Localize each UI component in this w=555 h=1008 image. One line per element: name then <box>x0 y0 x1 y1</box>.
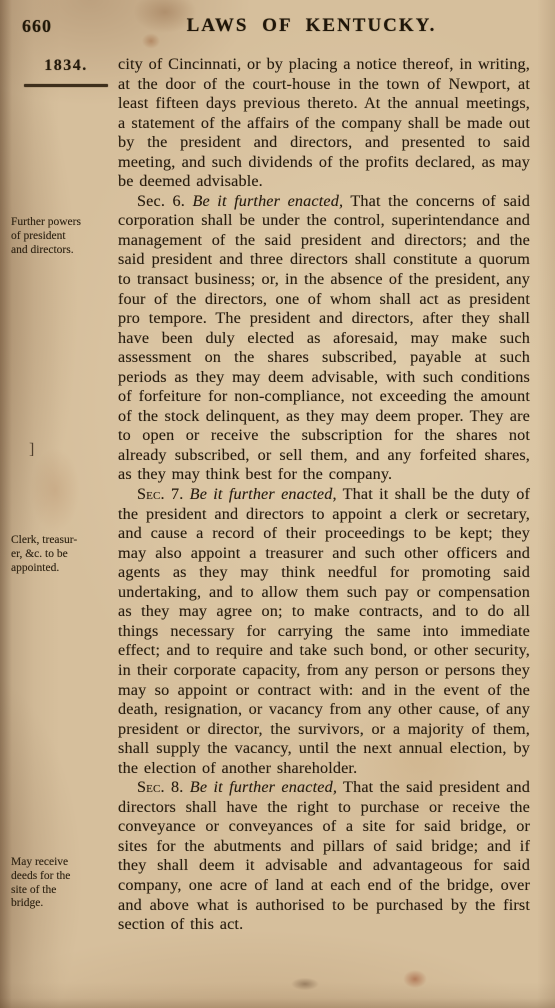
statute-text-run: That it shall be the duty of the preside… <box>118 485 530 777</box>
paper-stain <box>398 966 432 992</box>
book-page-scan: 660 LAWS OF KENTUCKY. 1834. Further powe… <box>0 0 555 1008</box>
statute-paragraph: Sec. 8. Be it further enacted, That the … <box>118 778 530 934</box>
paper-stain <box>138 30 164 52</box>
statute-paragraph: city of Cincinnati, or by placing a noti… <box>118 55 530 192</box>
running-title: LAWS OF KENTUCKY. <box>187 15 437 37</box>
stray-ink-mark: ] <box>29 441 34 459</box>
paper-stain <box>285 975 325 993</box>
enacting-clause-italic: Be it further enacted, <box>190 778 337 796</box>
enacting-clause-italic: Be it further enacted, <box>190 485 337 503</box>
statute-text-run: That the concerns of said corporation sh… <box>118 192 530 484</box>
statute-paragraph: Sec. 6. Be it further enacted, That the … <box>118 192 530 485</box>
statute-text-run: Sec. 8. <box>137 778 190 796</box>
page-number: 660 <box>22 16 52 37</box>
year-label: 1834. <box>24 57 108 75</box>
year-block: 1834. <box>24 57 108 87</box>
margin-note-clerk-treasurer: Clerk, treasur-er, &c. to beappointed. <box>11 534 115 575</box>
statute-body-text: city of Cincinnati, or by placing a noti… <box>118 55 530 935</box>
margin-note-deeds-for-site: May receivedeeds for thesite of thebridg… <box>11 856 115 911</box>
statute-text-run: Sec. 7. <box>137 485 190 503</box>
year-divider-rule <box>24 84 108 87</box>
margin-note-further-powers: Further powersof presidentand directors. <box>11 216 115 257</box>
statute-text-run: city of Cincinnati, or by placing a noti… <box>118 55 530 190</box>
statute-text-run: Sec. 6. <box>137 192 192 210</box>
enacting-clause-italic: Be it further enacted, <box>192 192 343 210</box>
statute-text-run: That the said president and directors sh… <box>118 778 530 933</box>
statute-paragraph: Sec. 7. Be it further enacted, That it s… <box>118 485 530 778</box>
